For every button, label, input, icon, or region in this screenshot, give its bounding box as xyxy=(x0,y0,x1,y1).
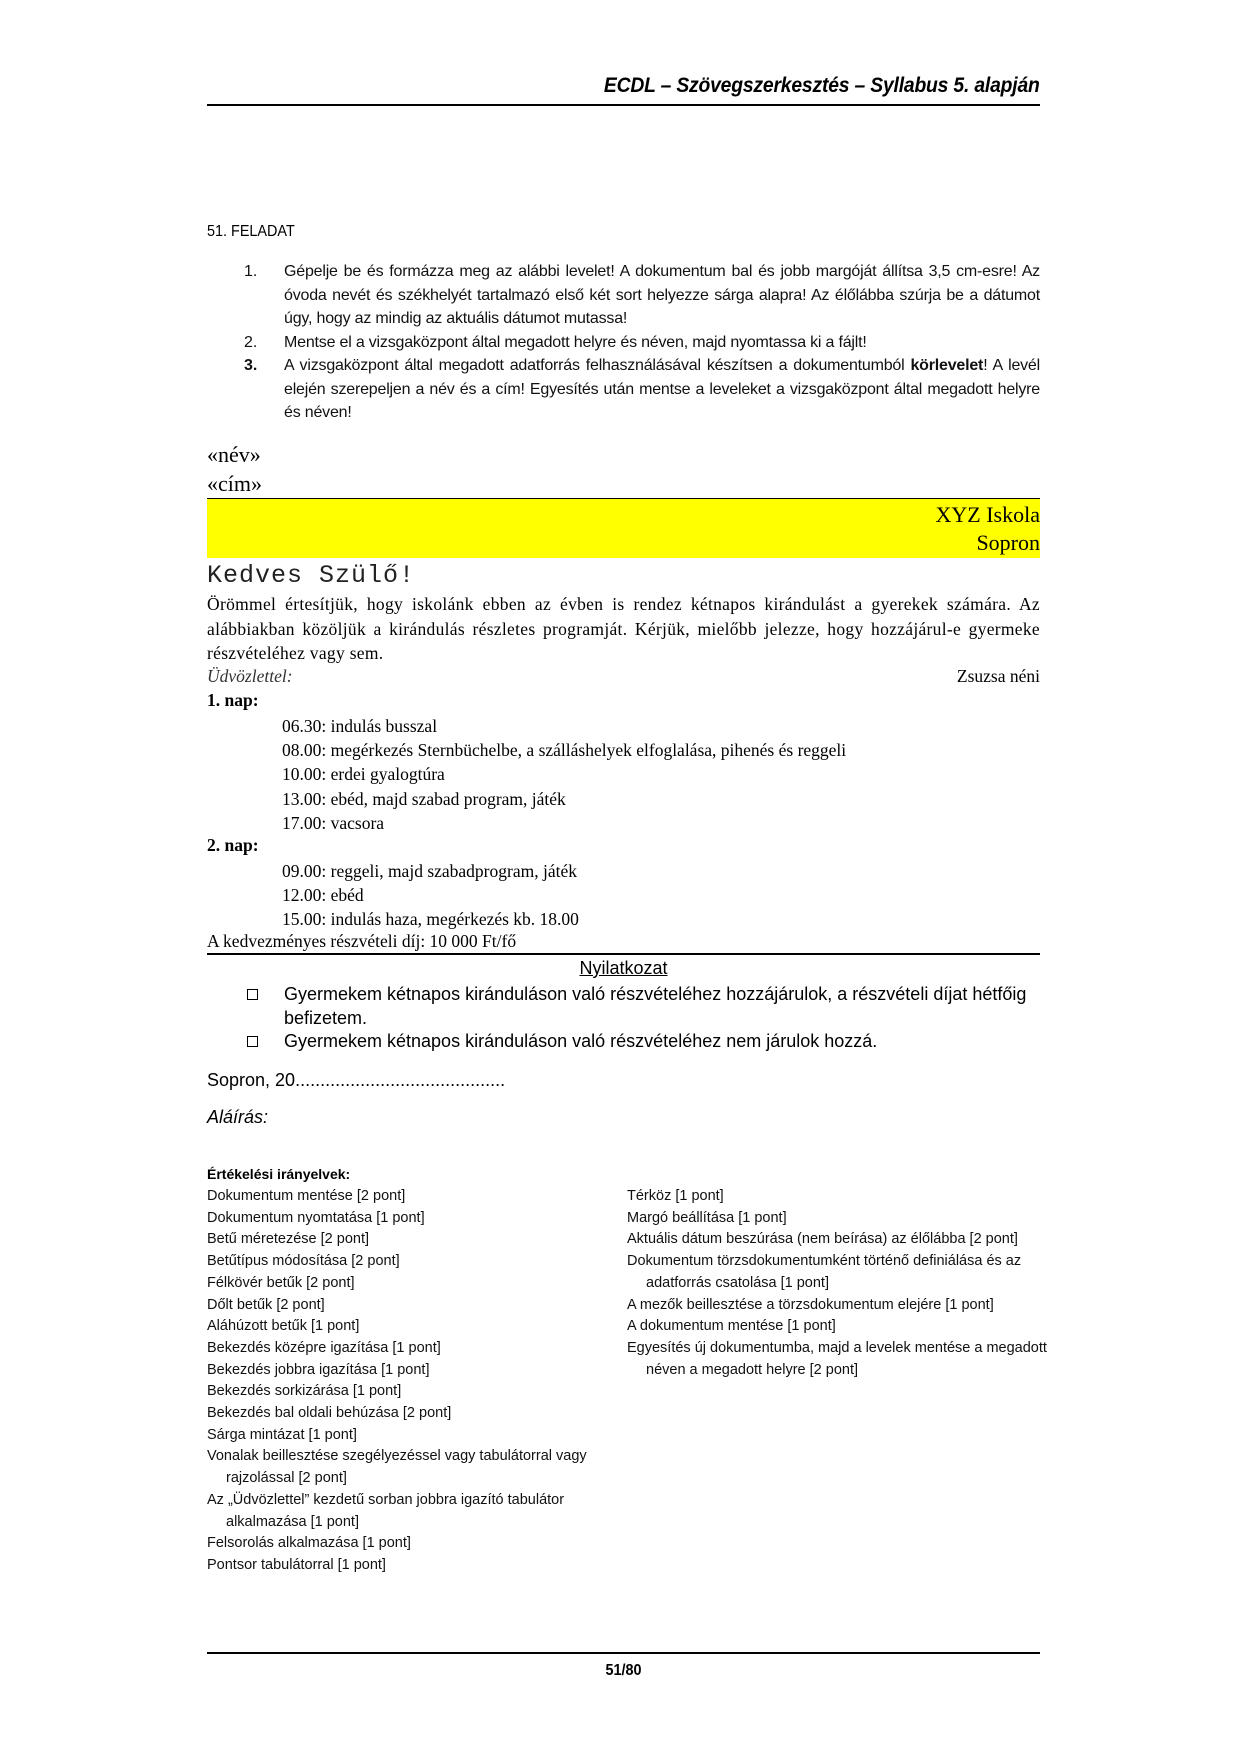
evaluation-item: Dokumentum mentése [2 pont] xyxy=(207,1186,627,1208)
task-title: 51. FELADAT xyxy=(207,223,295,241)
evaluation-item: Dokumentum törzsdokumentumként történő d… xyxy=(627,1251,1047,1294)
task-text: Mentse el a vizsgaközpont által megadott… xyxy=(284,331,1040,355)
evaluation-item: A dokumentum mentése [1 pont] xyxy=(627,1316,1047,1338)
evaluation-item: Aktuális dátum beszúrása (nem beírása) a… xyxy=(627,1229,1047,1251)
merge-field-address: «cím» xyxy=(207,471,262,497)
evaluation-item: Aláhúzott betűk [1 pont] xyxy=(207,1316,627,1338)
task-item: 1. Gépelje be és formázza meg az alábbi … xyxy=(244,260,1040,331)
evaluation-item: Betűtípus módosítása [2 pont] xyxy=(207,1251,627,1273)
checkbox-icon[interactable] xyxy=(247,1036,258,1047)
evaluation-item: A mezők beillesztése a törzsdokumentum e… xyxy=(627,1295,1047,1317)
schedule-item: 12.00: ebéd xyxy=(282,883,579,907)
merge-field-name: «név» xyxy=(207,442,261,468)
schedule-item: 17.00: vacsora xyxy=(282,811,846,835)
evaluation-item: Egyesítés új dokumentumba, majd a levele… xyxy=(627,1338,1047,1381)
closing-signer: Zsuzsa néni xyxy=(957,666,1040,687)
evaluation-item: Sárga mintázat [1 pont] xyxy=(207,1425,627,1447)
document-page: ECDL – Szövegszerkesztés – Syllabus 5. a… xyxy=(0,0,1240,1754)
schedule-item: 09.00: reggeli, majd szabadprogram, játé… xyxy=(282,859,579,883)
schedule-item: 06.30: indulás busszal xyxy=(282,714,846,738)
school-name: XYZ Iskola xyxy=(207,501,1040,529)
schedule-list: 06.30: indulás busszal 08.00: megérkezés… xyxy=(282,714,846,835)
evaluation-item: Bekezdés sorkizárása [1 pont] xyxy=(207,1381,627,1403)
task-text: Gépelje be és formázza meg az alábbi lev… xyxy=(284,260,1040,331)
schedule-item: 13.00: ebéd, majd szabad program, játék xyxy=(282,787,846,811)
day-label: 1. nap: xyxy=(207,690,259,711)
evaluation-item: Felsorolás alkalmazása [1 pont] xyxy=(207,1533,627,1555)
evaluation-item: Bekezdés jobbra igazítása [1 pont] xyxy=(207,1360,627,1382)
task-item: 3. A vizsgaközpont által megadott adatfo… xyxy=(244,354,1040,425)
evaluation-item: Betű méretezése [2 pont] xyxy=(207,1229,627,1251)
checkbox-icon[interactable] xyxy=(247,989,258,1000)
page-header: ECDL – Szövegszerkesztés – Syllabus 5. a… xyxy=(207,74,1040,106)
task-list: 1. Gépelje be és formázza meg az alábbi … xyxy=(244,260,1040,425)
letter-greeting: Kedves Szülő! xyxy=(207,561,415,590)
task-number: 1. xyxy=(244,260,257,284)
page-number: 51/80 xyxy=(249,1662,999,1680)
place-date-line: Sopron, 20..............................… xyxy=(207,1070,505,1091)
evaluation-title: Értékelési irányelvek: xyxy=(207,1166,350,1182)
declaration-options: Gyermekem kétnapos kiránduláson való rés… xyxy=(244,983,1040,1054)
schedule-item: 08.00: megérkezés Sternbüchelbe, a száll… xyxy=(282,738,846,762)
task-text-part: A vizsgaközpont által megadott adatforrá… xyxy=(284,357,910,374)
evaluation-item: Térköz [1 pont] xyxy=(627,1186,1047,1208)
schedule-item: 10.00: erdei gyalogtúra xyxy=(282,762,846,786)
declaration-option-text: Gyermekem kétnapos kiránduláson való rés… xyxy=(284,984,1026,1028)
school-city: Sopron xyxy=(207,529,1040,557)
evaluation-item: Pontsor tabulátorral [1 pont] xyxy=(207,1555,627,1577)
footer-divider xyxy=(207,1652,1040,1654)
school-header-box: XYZ Iskola Sopron xyxy=(207,498,1040,558)
evaluation-item: Bekezdés bal oldali behúzása [2 pont] xyxy=(207,1403,627,1425)
letter-closing: Üdvözlettel: Zsuzsa néni xyxy=(207,666,1040,690)
evaluation-item: Dokumentum nyomtatása [1 pont] xyxy=(207,1208,627,1230)
schedule-list: 09.00: reggeli, majd szabadprogram, játé… xyxy=(282,859,579,932)
day-label: 2. nap: xyxy=(207,835,259,856)
evaluation-item: Félkövér betűk [2 pont] xyxy=(207,1273,627,1295)
task-text: A vizsgaközpont által megadott adatforrá… xyxy=(284,354,1040,425)
declaration-option-text: Gyermekem kétnapos kiránduláson való rés… xyxy=(284,1031,877,1051)
declaration-title: Nyilatkozat xyxy=(207,958,1040,979)
declaration-option: Gyermekem kétnapos kiránduláson való rés… xyxy=(244,983,1040,1030)
declaration-option: Gyermekem kétnapos kiránduláson való rés… xyxy=(244,1030,1040,1054)
signature-label: Aláírás: xyxy=(207,1107,268,1128)
task-number: 2. xyxy=(244,331,257,355)
closing-salutation: Üdvözlettel: xyxy=(207,666,293,687)
fee-line: A kedvezményes részvételi díj: 10 000 Ft… xyxy=(207,931,1040,955)
evaluation-item: Az „Üdvözlettel” kezdetű sorban jobbra i… xyxy=(207,1490,627,1533)
task-item: 2. Mentse el a vizsgaközpont által megad… xyxy=(244,331,1040,355)
evaluation-list-right: Térköz [1 pont]Margó beállítása [1 pont]… xyxy=(627,1186,1047,1381)
schedule-item: 15.00: indulás haza, megérkezés kb. 18.0… xyxy=(282,907,579,931)
header-title: ECDL – Szövegszerkesztés – Syllabus 5. a… xyxy=(604,74,1040,98)
evaluation-item: Bekezdés középre igazítása [1 pont] xyxy=(207,1338,627,1360)
letter-body: Örömmel értesítjük, hogy iskolánk ebben … xyxy=(207,592,1040,666)
declaration-title-text: Nyilatkozat xyxy=(579,958,667,978)
evaluation-list-left: Dokumentum mentése [2 pont]Dokumentum ny… xyxy=(207,1186,627,1577)
evaluation-item: Vonalak beillesztése szegélyezéssel vagy… xyxy=(207,1446,627,1489)
task-number: 3. xyxy=(244,354,257,378)
task-text-bold: körlevelet xyxy=(910,357,983,374)
evaluation-item: Dőlt betűk [2 pont] xyxy=(207,1295,627,1317)
evaluation-item: Margó beállítása [1 pont] xyxy=(627,1208,1047,1230)
